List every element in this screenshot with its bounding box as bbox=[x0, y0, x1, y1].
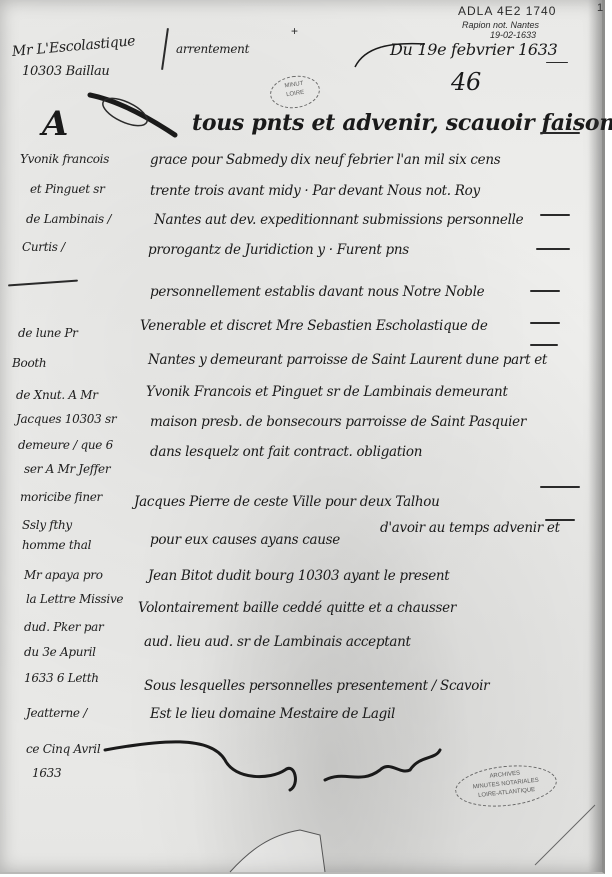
body-line: Jacques Pierre de ceste Ville pour deux … bbox=[134, 494, 439, 510]
body-line: prorogantz de Juridiction y · Furent pns bbox=[148, 242, 409, 258]
margin-note: 1633 bbox=[32, 766, 61, 780]
margin-note: Yvonik francois bbox=[20, 152, 109, 166]
folio-number: 46 bbox=[451, 68, 481, 96]
closing-flourish bbox=[100, 740, 480, 800]
margin-note: de lune Pr bbox=[18, 326, 78, 340]
body-line: d'avoir au temps advenir et bbox=[380, 520, 560, 536]
header-divider bbox=[161, 28, 169, 70]
margin-note: homme thal bbox=[22, 538, 91, 552]
line-filler bbox=[536, 248, 570, 250]
margin-note: et Pinguet sr bbox=[30, 182, 105, 196]
line-filler bbox=[540, 214, 570, 216]
corner-mark: 1 bbox=[597, 2, 603, 14]
archive-date: 19-02-1633 bbox=[490, 30, 536, 40]
notary-reference: Rapion not. Nantes bbox=[462, 20, 539, 30]
body-line: Jean Bitot dudit bourg 10303 ayant le pr… bbox=[148, 568, 449, 584]
drop-cap: A bbox=[42, 104, 68, 144]
margin-note: Jeatterne / bbox=[26, 706, 87, 720]
margin-note: Mr apaya pro bbox=[24, 568, 103, 582]
margin-note: Jacques 10303 sr bbox=[16, 412, 116, 426]
body-line: personnellement establis davant nous Not… bbox=[150, 284, 484, 300]
margin-note: Curtis / bbox=[22, 240, 65, 254]
body-line: Venerable et discret Mre Sebastien Escho… bbox=[140, 318, 488, 334]
margin-note: ser A Mr Jeffer bbox=[24, 462, 110, 476]
cross-mark: + bbox=[291, 24, 298, 38]
archive-stamp-top: MINUT LOIRE bbox=[268, 73, 322, 112]
document-page: ADLA 4E2 1740 1 Rapion not. Nantes 19-02… bbox=[0, 0, 612, 877]
date-flourish bbox=[350, 32, 430, 72]
body-line: dans lesquelz ont fait contract. obligat… bbox=[150, 444, 422, 460]
margin-note: demeure / que 6 bbox=[18, 438, 113, 452]
body-line: Est le lieu domaine Mestaire de Lagil bbox=[150, 706, 395, 722]
line-filler bbox=[540, 132, 580, 134]
margin-note: Ssly fthy bbox=[22, 518, 72, 532]
opening-flourish bbox=[85, 90, 185, 140]
margin-note: dud. Pker par bbox=[24, 620, 103, 634]
margin-note: la Lettre Missive bbox=[26, 592, 123, 606]
date-underline bbox=[546, 62, 568, 63]
margin-subtitle: 10303 Baillau bbox=[22, 64, 110, 79]
body-line: trente trois avant midy · Par devant Nou… bbox=[150, 183, 480, 199]
line-filler bbox=[545, 519, 575, 521]
paper-fold bbox=[530, 800, 600, 870]
margin-note: Booth bbox=[12, 356, 46, 370]
margin-note: du 3e Apuril bbox=[24, 645, 96, 659]
body-line: grace pour Sabmedy dix neuf febrier l'an… bbox=[150, 152, 500, 168]
line-filler bbox=[540, 486, 580, 488]
line-filler bbox=[530, 322, 560, 324]
line-filler bbox=[530, 290, 560, 292]
margin-note: moricibe finer bbox=[20, 490, 102, 504]
margin-note: ce Cinq Avril bbox=[26, 742, 100, 756]
body-line: Volontairement baille ceddé quitte et a … bbox=[138, 600, 456, 616]
margin-note: de Lambinais / bbox=[26, 212, 111, 226]
body-line: Nantes aut dev. expeditionnant submissio… bbox=[154, 212, 523, 228]
body-line: aud. lieu aud. sr de Lambinais acceptant bbox=[144, 634, 411, 650]
body-line: pour eux causes ayans cause bbox=[150, 532, 340, 548]
body-line: maison presb. de bonsecours parroisse de… bbox=[150, 414, 526, 430]
body-line: Sous lesquelles personnelles presentemen… bbox=[144, 678, 489, 694]
act-category: arrentement bbox=[176, 42, 249, 56]
line-filler bbox=[530, 344, 558, 346]
body-line: Yvonik Francois et Pinguet sr de Lambina… bbox=[146, 384, 508, 400]
archive-reference: ADLA 4E2 1740 bbox=[458, 4, 556, 18]
margin-note: 1633 6 Letth bbox=[24, 671, 99, 685]
body-line: Nantes y demeurant parroisse de Saint La… bbox=[148, 352, 547, 368]
paper-tear bbox=[220, 830, 350, 875]
manuscript-sheet: ADLA 4E2 1740 1 Rapion not. Nantes 19-02… bbox=[0, 0, 605, 874]
margin-title: Mr L'Escolastique bbox=[11, 33, 136, 60]
margin-note: de Xnut. A Mr bbox=[16, 388, 98, 402]
margin-rule bbox=[8, 280, 78, 287]
